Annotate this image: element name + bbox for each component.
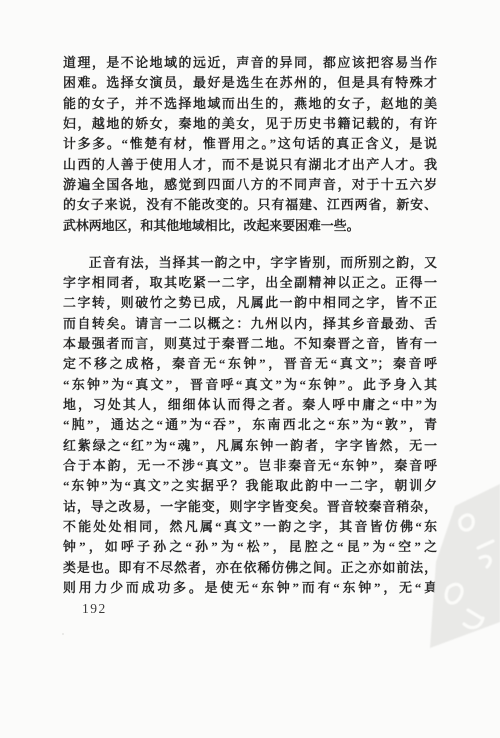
text-line: 合于本韵，无一不涉“真文”。岂非秦音无“东钟”，秦音呼 <box>63 456 437 476</box>
text-line: “东钟”为“真文”，晋音呼“真文”为“东钟”。此予身入其 <box>63 375 437 395</box>
text-line: 地，习处其人，细细体认而得之者。秦人呼中庸之“中”为 <box>63 395 437 415</box>
seal-script-glyphs <box>446 515 493 628</box>
text-line: 游遍全国各地，感觉到四面八方的不同声音，对于十五六岁 <box>63 175 437 195</box>
page-number: 192 <box>82 601 107 617</box>
text-line: 山西的人善于使用人才，而不是说只有湖北才出产人才。我 <box>63 155 437 175</box>
text-line: 能的女子，并不选择地域而出生的，燕地的女子，赵地的美 <box>63 94 437 114</box>
paragraph: 正音有法，当择其一韵之中，字字皆别，而所别之韵，又字字相同者，取其吃紧一二字，出… <box>63 253 437 598</box>
text-line: “肫”，通达之“通”为“吞”，东南西北之“东”为“敦”，青 <box>63 415 437 435</box>
text-line: 本最强者而言，则莫过于秦晋二地。不知秦晋之音，皆有一 <box>63 334 437 354</box>
text-line: 妇，越地的娇女，秦地的美女，见于历史书籍记载的，有许 <box>63 114 437 134</box>
text-line: 而自转矣。请言一二以概之：九州以内，择其乡音最劲、舌 <box>63 314 437 334</box>
text-line: 二字转，则破竹之势已成，凡属此一韵中相同之字，皆不正 <box>63 293 437 313</box>
text-line: 红紫绿之“红”为“魂”，凡属东钟一韵者，字字皆然，无一 <box>63 436 437 456</box>
text-line: 诂，导之改易，一字能变，则字字皆变矣。晋音较秦音稍杂， <box>63 497 437 517</box>
scan-speck <box>420 61 423 63</box>
text-line: 不能处处相同，然凡属“真文”一韵之字，其音皆仿佛“东 <box>63 517 437 537</box>
text-line: 正音有法，当择其一韵之中，字字皆别，而所别之韵，又 <box>63 253 437 273</box>
scanned-book-page: 道理，是不论地域的远近，声音的异同，都应该把容易当作困难。选择女演员，最好是选生… <box>0 0 500 738</box>
scan-speck <box>421 107 423 109</box>
paragraphs: 道理，是不论地域的远近，声音的异同，都应该把容易当作困难。选择女演员，最好是选生… <box>63 53 437 598</box>
text-line: 定不移之成格，秦音无“东钟”，晋音无“真文”；秦音呼 <box>63 354 437 374</box>
text-line: 则用力少而成功多。是使无“东钟”而有“东钟”，无“真 <box>63 578 437 598</box>
text-line: 道理，是不论地域的远近，声音的异同，都应该把容易当作 <box>63 53 437 73</box>
scan-speck <box>62 633 64 635</box>
page-text: 道理，是不论地域的远近，声音的异同，都应该把容易当作困难。选择女演员，最好是选生… <box>63 53 437 598</box>
text-line: 困难。选择女演员，最好是选生在苏州的，但是具有特殊才 <box>63 73 437 93</box>
text-line: 的女子来说，没有不能改变的。只有福建、江西两省，新安、 <box>63 195 437 215</box>
text-line: 钟”，如呼子孙之“孙”为“松”，昆腔之“昆”为“空”之 <box>63 537 437 557</box>
text-line: 计多多。“惟楚有材，惟晋用之。”这句话的真正含义，是说 <box>63 134 437 154</box>
paragraph: 道理，是不论地域的远近，声音的异同，都应该把容易当作困难。选择女演员，最好是选生… <box>63 53 437 236</box>
text-line: 字字相同者，取其吃紧一二字，出全副精神以正之。正得一 <box>63 273 437 293</box>
text-line: 类是也。即有不尽然者，亦在依稀仿佛之间。正之亦如前法， <box>63 558 437 578</box>
text-line: 武林两地区，和其他地域相比，改起来要困难一些。 <box>63 216 437 236</box>
text-line: “东钟”为“真文”之实据乎？我能取此韵中一二字，朝训夕 <box>63 476 437 496</box>
